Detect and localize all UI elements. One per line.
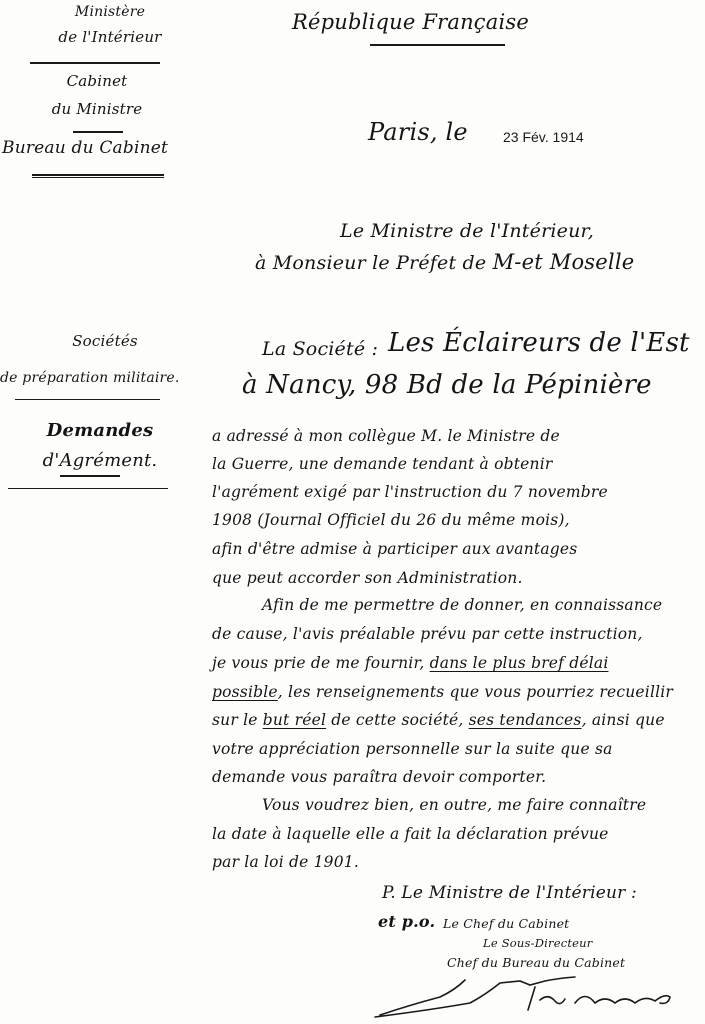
body-line: votre appréciation personnelle sur la su…	[212, 740, 613, 758]
date-stamp: 23 Fév. 1914	[503, 129, 584, 145]
divider	[370, 44, 505, 46]
body-text: sur le	[212, 711, 263, 729]
underlined-text: but réel	[263, 711, 326, 729]
divider	[60, 475, 120, 477]
republic-heading: République Française	[292, 10, 529, 34]
body-line: la Guerre, une demande tendant à obtenir	[212, 455, 552, 473]
body-line: Vous voudrez bien, en outre, me faire co…	[262, 796, 646, 814]
recipient-department: M-et Moselle	[493, 250, 635, 274]
body-line: 1908 (Journal Officiel du 26 du même moi…	[212, 511, 570, 529]
place-label: Paris, le	[368, 118, 468, 146]
bureau-line: Bureau du Cabinet	[2, 138, 168, 158]
category-line-1: Sociétés	[5, 332, 205, 350]
divider	[15, 399, 160, 400]
underlined-text: dans le plus bref délai	[430, 654, 609, 672]
sender-line: Le Ministre de l'Intérieur,	[340, 220, 594, 242]
stamp-chef-bureau: Chef du Bureau du Cabinet	[447, 955, 625, 970]
body-line: Afin de me permettre de donner, en conna…	[262, 596, 662, 614]
body-line: a adressé à mon collègue M. le Ministre …	[212, 427, 560, 445]
body-line: la date à laquelle elle a fait la déclar…	[212, 825, 609, 843]
divider	[8, 488, 168, 489]
stamp-chef-cabinet: Le Chef du Cabinet	[443, 916, 569, 931]
body-line: afin d'être admise à participer aux avan…	[212, 540, 577, 558]
body-text: de cette société,	[326, 711, 469, 729]
recipient-prefix: à Monsieur le Préfet de	[255, 252, 486, 274]
category-line-2: de préparation militaire.	[0, 370, 180, 386]
body-line: demande vous paraîtra devoir comporter.	[212, 768, 546, 786]
society-label: La Société :	[262, 338, 378, 360]
body-text: , les renseignements que vous pourriez r…	[278, 683, 673, 701]
subject-line-1: Demandes	[0, 420, 200, 441]
society-name: Les Éclaireurs de l'Est	[388, 328, 690, 358]
ministry-line-1: Ministère	[10, 4, 210, 20]
cabinet-line-2: du Ministre	[0, 100, 197, 118]
body-text: , ainsi que	[582, 711, 665, 729]
divider	[32, 174, 164, 178]
body-line: par la loi de 1901.	[212, 853, 359, 871]
ministry-line-2: de l'Intérieur	[10, 28, 210, 46]
subject-line-2: d'Agrément.	[0, 450, 200, 471]
divider	[73, 131, 123, 133]
body-line: que peut accorder son Administration.	[212, 569, 523, 587]
divider	[30, 62, 160, 64]
body-line: possible, les renseignements que vous po…	[212, 683, 673, 701]
body-line: l'agrément exigé par l'instruction du 7 …	[212, 483, 608, 501]
by-order-mark: et p.o.	[378, 912, 435, 931]
stamp-sous-directeur: Le Sous-Directeur	[483, 936, 592, 950]
underlined-text: possible	[212, 683, 278, 701]
cabinet-line-1: Cabinet	[0, 72, 197, 90]
handwritten-signature-icon	[370, 975, 690, 1020]
body-line: de cause, l'avis préalable prévu par cet…	[212, 625, 643, 643]
recipient-line: à Monsieur le Préfet de M-et Moselle	[255, 250, 634, 274]
signature-for-line: P. Le Ministre de l'Intérieur :	[382, 883, 637, 903]
society-address: à Nancy, 98 Bd de la Pépinière	[242, 370, 652, 400]
body-line: je vous prie de me fournir, dans le plus…	[212, 654, 609, 672]
underlined-text: ses tendances	[469, 711, 582, 729]
body-line: sur le but réel de cette société, ses te…	[212, 711, 665, 729]
body-text: je vous prie de me fournir,	[212, 654, 430, 672]
